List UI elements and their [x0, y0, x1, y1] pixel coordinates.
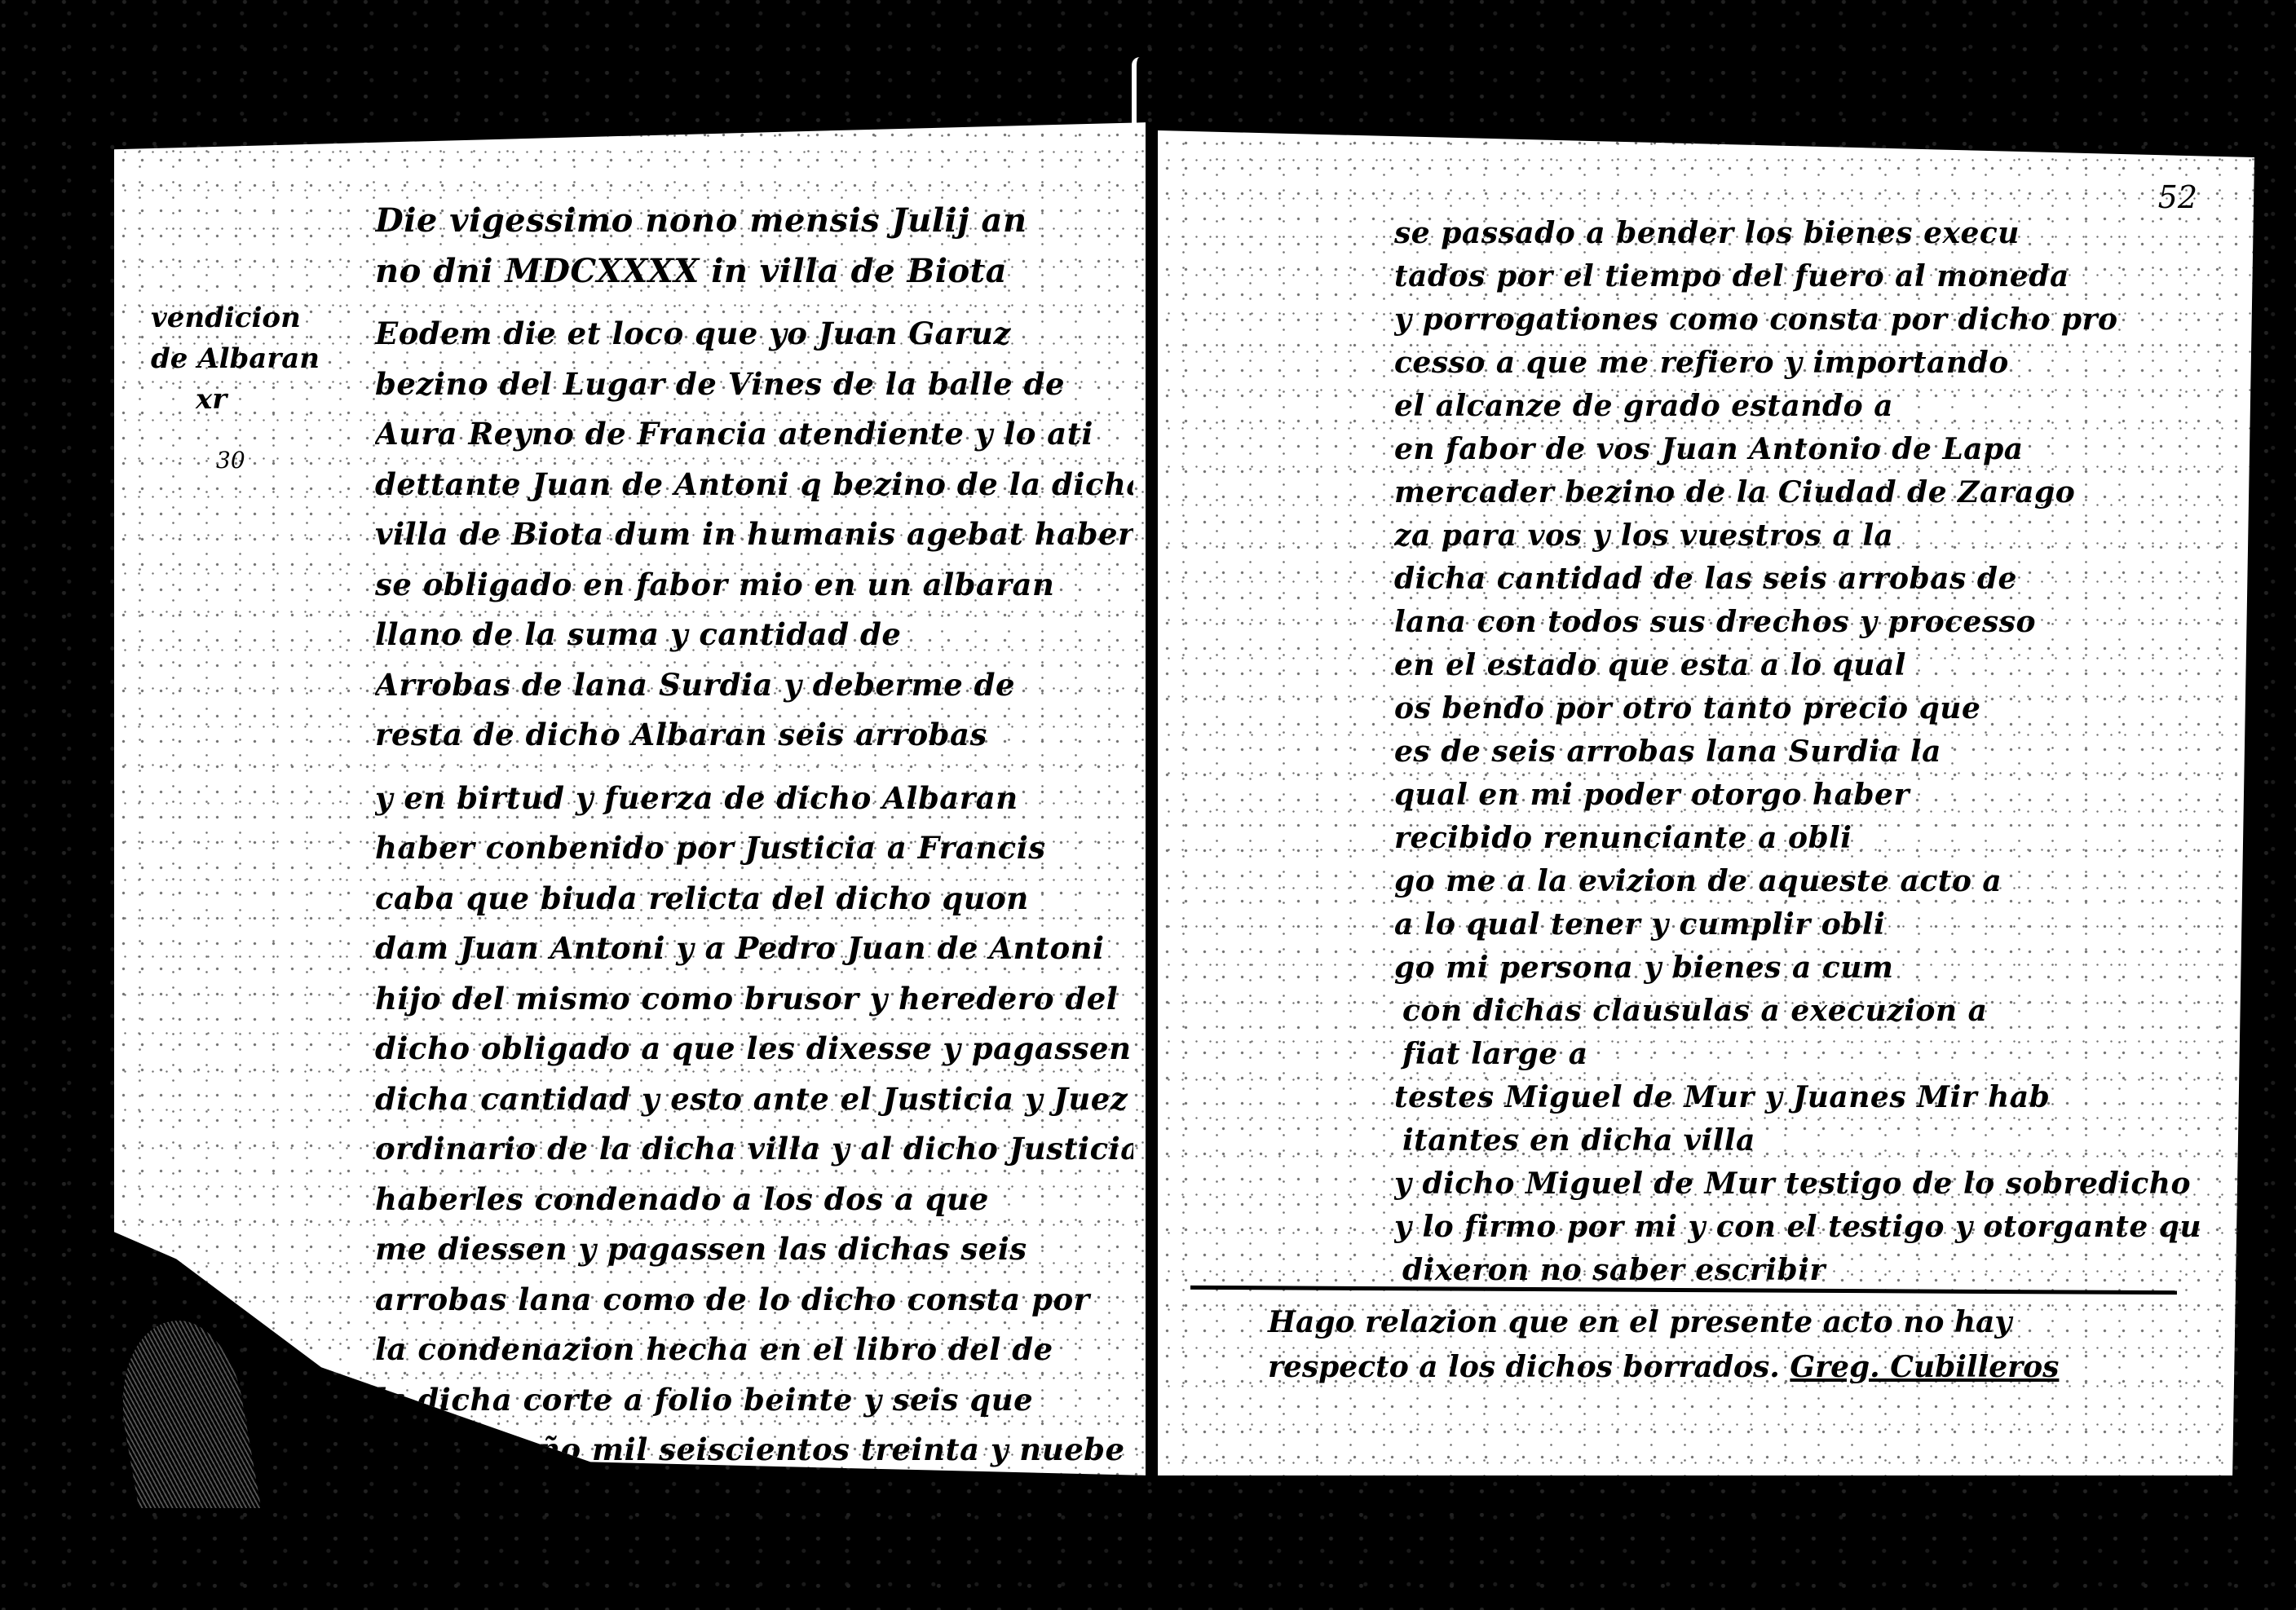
text-line: el alcanze de grado estando a: [1394, 385, 2201, 428]
text-line: se passado a bender los bienes execu: [1394, 212, 2201, 255]
left-page: vendicion de Albaran xr 30 Die vigessimo…: [114, 122, 1150, 1475]
text-line: Die vigessimo nono mensis Julij an: [375, 196, 1133, 246]
text-line: se obligado en fabor mio en un albaran: [375, 560, 1133, 611]
text-line: os bendo por otro tanto precio que: [1394, 687, 2201, 730]
text-line: go mi persona y bienes a cum: [1394, 946, 2201, 990]
text-line: dettante Juan de Antoni q bezino de la d…: [375, 460, 1133, 510]
text-line: llano de la suma y cantidad de: [375, 610, 1133, 660]
text-line: Arrobas de lana Surdia y deberme de: [375, 660, 1133, 711]
margin-note-line: vendicion: [151, 298, 355, 338]
text-line: en fabor de vos Juan Antonio de Lapa: [1394, 428, 2201, 471]
margin-note-line: xr: [151, 379, 355, 420]
text-line: caba que biuda relicta del dicho quon: [375, 874, 1133, 924]
text-line: y porrogationes como consta por dicho pr…: [1394, 298, 2201, 342]
margin-note-line: de Albaran: [151, 338, 355, 379]
text-line: ordinario de la dicha villa y al dicho J…: [375, 1124, 1133, 1175]
notary-footnote: Hago relazion que en el presente acto no…: [1268, 1300, 2205, 1390]
footnote-text: respecto a los dichos borrados.: [1268, 1350, 1780, 1384]
text-line: la condenazion hecha en el libro del de: [375, 1325, 1133, 1375]
text-line: dicho obligado a que les dixesse y pagas…: [375, 1024, 1133, 1074]
text-line: con dichas clausulas a execuzion a: [1394, 990, 2201, 1033]
text-line: arrobas lana como de lo dicho consta por: [375, 1275, 1133, 1325]
footnote-line: Hago relazion que en el presente acto no…: [1268, 1300, 2205, 1345]
notary-signature: Greg. Cubilleros: [1790, 1350, 2059, 1384]
folio-number: 52: [2158, 179, 2197, 215]
text-line: itantes en dicha villa: [1394, 1119, 2201, 1162]
margin-note: vendicion de Albaran xr 30: [151, 298, 355, 481]
text-line: y lo firmo por mi y con el testigo y oto…: [1394, 1206, 2201, 1249]
text-line: no dni MDCXXXX in villa de Biota: [375, 246, 1133, 297]
text-line: Aura Reyno de Francia atendiente y lo at…: [375, 409, 1133, 460]
text-line: tados por el tiempo del fuero al moneda: [1394, 255, 2201, 298]
text-line: dicha cantidad y esto ante el Justicia y…: [375, 1074, 1133, 1125]
text-line: dixeron no saber escribir: [1394, 1249, 2201, 1292]
text-line: cesso a que me refiero y importando: [1394, 342, 2201, 385]
text-line: fiat large a: [1394, 1033, 2201, 1076]
text-line: me diessen y pagassen las dichas seis: [375, 1224, 1133, 1275]
text-line: villa de Biota dum in humanis agebat hab…: [375, 509, 1133, 560]
text-line: haberles condenado a los dos a que: [375, 1175, 1133, 1225]
text-line: bezino del Lugar de Vines de la balle de: [375, 359, 1133, 410]
text-line: y en birtud y fuerza de dicho Albaran: [375, 774, 1133, 824]
text-line: haber conbenido por Justicia a Francis: [375, 823, 1133, 874]
text-line: lana con todos sus drechos y processo: [1394, 601, 2201, 644]
binding-thread: [1132, 57, 1148, 130]
text-line: y dicho Miguel de Mur testigo de lo sobr…: [1394, 1162, 2201, 1206]
text-line: dicha cantidad de las seis arrobas de: [1394, 558, 2201, 601]
left-page-body: Die vigessimo nono mensis Julij an no dn…: [375, 196, 1133, 1475]
text-line: za para vos y los vuestros a la: [1394, 514, 2201, 558]
text-line: la dicha corte a folio beinte y seis que: [375, 1375, 1133, 1426]
text-line: dam Juan Antoni y a Pedro Juan de Antoni: [375, 924, 1133, 974]
text-line: hijo del mismo como brusor y heredero de…: [375, 974, 1133, 1025]
text-line: recibido renunciante a obli: [1394, 817, 2201, 860]
right-page: 52 se passado a bender los bienes execu …: [1158, 130, 2254, 1475]
text-line: mercader bezino de la Ciudad de Zarago: [1394, 471, 2201, 514]
text-line: es de seis arrobas lana Surdia la: [1394, 730, 2201, 774]
margin-note-number: 30: [151, 440, 355, 481]
text-line: a lo qual tener y cumplir obli: [1394, 903, 2201, 946]
text-line: en el estado que esta a lo qual: [1394, 644, 2201, 687]
text-line: qual en mi poder otorgo haber: [1394, 774, 2201, 817]
text-line: Eodem die et loco que yo Juan Garuz: [375, 309, 1133, 359]
text-line: testes Miguel de Mur y Juanes Mir hab: [1394, 1076, 2201, 1119]
text-line: go me a la evizion de aqueste acto a: [1394, 860, 2201, 903]
right-page-body: se passado a bender los bienes execu tad…: [1394, 212, 2201, 1292]
text-line: resta de dicho Albaran seis arrobas: [375, 710, 1133, 761]
footnote-line: respecto a los dichos borrados. Greg. Cu…: [1268, 1345, 2205, 1390]
